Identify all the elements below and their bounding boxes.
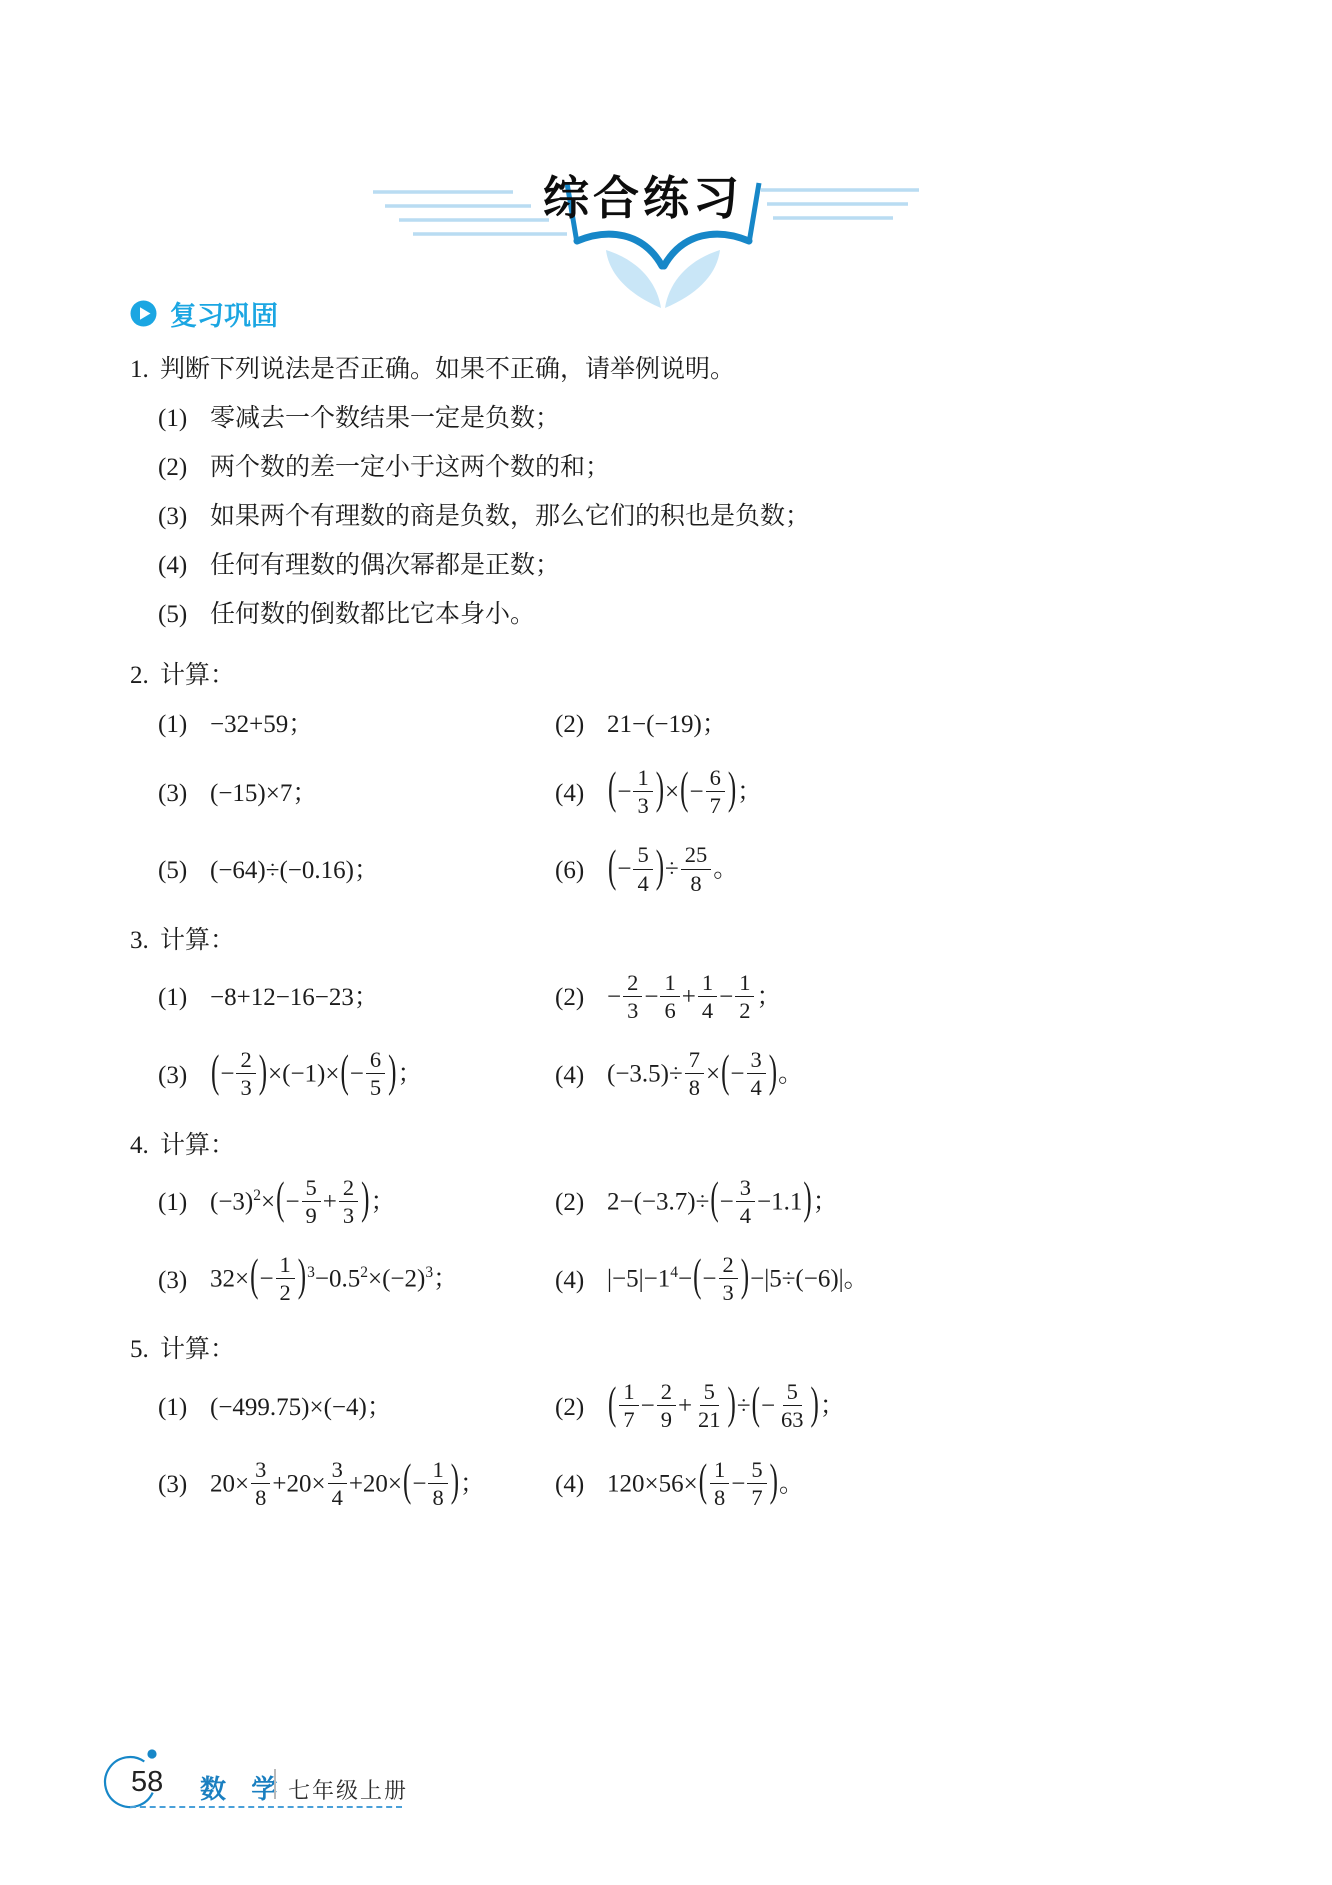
fraction-denominator: 8 — [686, 870, 705, 896]
exercise-item: (3)(−23)×(−1)×(−65)； — [158, 1049, 555, 1102]
item-tag: (3) — [158, 1263, 210, 1299]
big-paren: ( — [709, 1168, 719, 1233]
problem-number: 1. — [130, 351, 160, 389]
exercise-item: (3)32×(−12)3−0.52×(−2)3； — [158, 1254, 555, 1307]
footer-dashed-line — [130, 1806, 402, 1808]
item-expression: (−15)×7； — [210, 776, 317, 812]
big-paren: ( — [607, 836, 617, 901]
fraction: 38 — [251, 1457, 270, 1510]
item-tag: (1) — [158, 1185, 210, 1221]
section-header: 复习巩固 — [130, 294, 1210, 333]
exponent: 3 — [425, 1264, 433, 1281]
exercise-item: (3)(−15)×7； — [158, 776, 555, 812]
item-tag: (5) — [158, 597, 210, 633]
item-tag: (4) — [555, 776, 607, 812]
item-expression: (−54)÷258。 — [607, 844, 738, 897]
big-paren: ) — [387, 1041, 397, 1106]
problem-head: 4.计算： — [130, 1127, 1210, 1165]
item-tag: (5) — [158, 853, 210, 889]
fraction-numerator: 1 — [428, 1457, 447, 1484]
problem: 2.计算：(1)−32+59；(2)21−(−19)；(3)(−15)×7；(4… — [130, 657, 1210, 898]
big-paren: ( — [339, 1041, 349, 1106]
fraction: 67 — [706, 765, 725, 818]
fraction: 59 — [302, 1175, 321, 1228]
fraction-denominator: 4 — [633, 870, 652, 896]
exercise-banner: 综合练习 — [363, 138, 923, 318]
fraction-denominator: 3 — [339, 1202, 358, 1228]
big-paren: ) — [769, 1450, 779, 1515]
main-content: 复习巩固 1.判断下列说法是否正确。如果不正确，请举例说明。(1)零减去一个数结… — [130, 294, 1210, 1512]
fraction-numerator: 3 — [251, 1457, 270, 1484]
problem-title: 判断下列说法是否正确。如果不正确，请举例说明。 — [160, 351, 735, 389]
fraction: 29 — [657, 1379, 676, 1432]
problem-head: 3.计算： — [130, 922, 1210, 960]
item-expression: (−3.5)÷78×(−34)。 — [607, 1049, 803, 1102]
fraction: 12 — [735, 970, 754, 1023]
fraction: 34 — [328, 1457, 347, 1510]
item-tag: (2) — [555, 980, 607, 1016]
fraction: 23 — [719, 1252, 738, 1305]
big-paren: ( — [249, 1245, 259, 1310]
item-expression: −8+12−16−23； — [210, 980, 379, 1016]
big-paren: ( — [402, 1450, 412, 1515]
item-tag: (2) — [555, 1185, 607, 1221]
exercise-item: (2)(17−29+521)÷(−563)； — [555, 1381, 1210, 1434]
fraction: 34 — [736, 1175, 755, 1228]
big-paren: ) — [810, 1373, 820, 1438]
play-icon — [130, 300, 157, 327]
fraction-numerator: 3 — [747, 1047, 766, 1074]
fraction-denominator: 9 — [302, 1202, 321, 1228]
fraction-numerator: 2 — [339, 1175, 358, 1202]
problem-items: (1)−8+12−16−23；(2)−23−16+14−12；(3)(−23)×… — [130, 972, 1210, 1103]
fraction: 78 — [685, 1047, 704, 1100]
exercise-item: (6)(−54)÷258。 — [555, 844, 1210, 897]
big-paren: ( — [607, 1373, 617, 1438]
fraction-numerator: 1 — [619, 1379, 638, 1406]
big-paren: ( — [210, 1041, 220, 1106]
big-paren: ( — [698, 1450, 708, 1515]
exercise-item: (4)120×56×(18−57)。 — [555, 1459, 1210, 1512]
fraction: 23 — [623, 970, 642, 1023]
big-paren: ) — [802, 1168, 812, 1233]
big-paren: ) — [655, 836, 665, 901]
fraction-numerator: 1 — [276, 1252, 295, 1279]
fraction-numerator: 25 — [681, 842, 712, 869]
item-tag: (3) — [158, 1467, 210, 1503]
fraction: 14 — [698, 970, 717, 1023]
fraction-numerator: 1 — [660, 970, 679, 997]
fraction-numerator: 1 — [735, 970, 754, 997]
fraction-numerator: 3 — [736, 1175, 755, 1202]
item-expression: (−23)×(−1)×(−65)； — [210, 1049, 423, 1102]
problem: 4.计算：(1)(−3)2×(−59+23)；(2)2−(−3.7)÷(−34−… — [130, 1127, 1210, 1308]
problem-title: 计算： — [160, 922, 235, 960]
fraction: 23 — [236, 1047, 255, 1100]
fraction-denominator: 8 — [710, 1484, 729, 1510]
big-paren: ) — [768, 1041, 778, 1106]
fraction-numerator: 5 — [783, 1379, 802, 1406]
problem: 3.计算：(1)−8+12−16−23；(2)−23−16+14−12；(3)(… — [130, 922, 1210, 1103]
item-expression: (−499.75)×(−4)； — [210, 1390, 392, 1426]
fraction-denominator: 8 — [251, 1484, 270, 1510]
exercise-item: (4)(−13)×(−67)； — [555, 767, 1210, 820]
fraction-denominator: 3 — [236, 1074, 255, 1100]
fraction-numerator: 2 — [719, 1252, 738, 1279]
fraction-denominator: 2 — [276, 1279, 295, 1305]
fraction-numerator: 1 — [633, 765, 652, 792]
section-label: 复习巩固 — [170, 294, 278, 333]
item-expression: 120×56×(18−57)。 — [607, 1459, 804, 1512]
item-tag: (4) — [555, 1263, 607, 1299]
fraction: 34 — [747, 1047, 766, 1100]
page: 综合练习 复习巩固 1.判断下列说法是否正确。如果不正确，请举例说明。(1)零减… — [0, 0, 1332, 1885]
item-expression: (17−29+521)÷(−563)； — [607, 1381, 845, 1434]
exercise-item: (2)两个数的差一定小于这两个数的和； — [158, 450, 1210, 486]
item-expression: 32×(−12)3−0.52×(−2)3； — [210, 1254, 458, 1307]
problem: 1.判断下列说法是否正确。如果不正确，请举例说明。(1)零减去一个数结果一定是负… — [130, 351, 1210, 633]
page-number: 58 — [131, 1766, 163, 1799]
fraction-numerator: 7 — [685, 1047, 704, 1074]
problem-items: (1)(−3)2×(−59+23)；(2)2−(−3.7)÷(−34−1.1)；… — [130, 1177, 1210, 1308]
fraction: 258 — [681, 842, 712, 895]
fraction-denominator: 4 — [747, 1074, 766, 1100]
item-expression: −32+59； — [210, 707, 313, 743]
exercise-item: (5)任何数的倒数都比它本身小。 — [158, 597, 1210, 633]
item-expression: −23−16+14−12； — [607, 972, 781, 1025]
fraction: 18 — [710, 1457, 729, 1510]
item-tag: (1) — [158, 707, 210, 743]
fraction-denominator: 3 — [633, 792, 652, 818]
fraction-numerator: 5 — [633, 842, 652, 869]
fraction-denominator: 63 — [777, 1406, 808, 1432]
item-expression: 2−(−3.7)÷(−34−1.1)； — [607, 1177, 838, 1230]
exponent: 4 — [670, 1264, 678, 1281]
fraction-denominator: 7 — [619, 1406, 638, 1432]
problem-head: 1.判断下列说法是否正确。如果不正确，请举例说明。 — [130, 351, 1210, 389]
item-tag: (2) — [555, 707, 607, 743]
item-expression: 任何有理数的偶次幂都是正数； — [210, 548, 560, 584]
exercise-item: (1)(−3)2×(−59+23)； — [158, 1177, 555, 1230]
fraction-denominator: 21 — [694, 1406, 725, 1432]
fraction-denominator: 8 — [428, 1484, 447, 1510]
page-title: 综合练习 — [363, 162, 923, 228]
fraction-denominator: 3 — [623, 997, 642, 1023]
fraction-denominator: 4 — [698, 997, 717, 1023]
fraction: 54 — [633, 842, 652, 895]
fraction: 16 — [660, 970, 679, 1023]
exercise-item: (2)21−(−19)； — [555, 707, 1210, 743]
problem-number: 2. — [130, 657, 160, 695]
item-expression: 20×38+20×34+20×(−18)； — [210, 1459, 485, 1512]
fraction-denominator: 6 — [660, 997, 679, 1023]
exercise-item: (1)零减去一个数结果一定是负数； — [158, 401, 1210, 437]
fraction-numerator: 1 — [710, 1457, 729, 1484]
item-tag: (1) — [158, 401, 210, 437]
fraction: 13 — [633, 765, 652, 818]
big-paren: ) — [727, 759, 737, 824]
fraction-numerator: 2 — [623, 970, 642, 997]
item-tag: (4) — [555, 1058, 607, 1094]
fraction-denominator: 8 — [685, 1074, 704, 1100]
fraction-numerator: 3 — [328, 1457, 347, 1484]
fraction-numerator: 2 — [657, 1379, 676, 1406]
fraction-denominator: 7 — [706, 792, 725, 818]
fraction: 65 — [366, 1047, 385, 1100]
exercise-item: (2)2−(−3.7)÷(−34−1.1)； — [555, 1177, 1210, 1230]
item-tag: (3) — [158, 776, 210, 812]
fraction-denominator: 4 — [736, 1202, 755, 1228]
problem-head: 5.计算： — [130, 1331, 1210, 1369]
exercise-item: (4)|−5|−14−(−23)−|5÷(−6)|。 — [555, 1254, 1210, 1307]
exercise-item: (4)(−3.5)÷78×(−34)。 — [555, 1049, 1210, 1102]
fraction: 17 — [619, 1379, 638, 1432]
item-tag: (2) — [158, 450, 210, 486]
exercise-item: (1)−8+12−16−23； — [158, 980, 555, 1016]
big-paren: ) — [450, 1450, 460, 1515]
problem-number: 3. — [130, 922, 160, 960]
big-paren: ) — [740, 1245, 750, 1310]
fraction-numerator: 2 — [236, 1047, 255, 1074]
exercise-item: (1)(−499.75)×(−4)； — [158, 1390, 555, 1426]
fraction-denominator: 2 — [735, 997, 754, 1023]
fraction: 57 — [747, 1457, 766, 1510]
big-paren: ( — [692, 1245, 702, 1310]
big-paren: ) — [258, 1041, 268, 1106]
problem-title: 计算： — [160, 1331, 235, 1369]
exercise-item: (3)如果两个有理数的商是负数，那么它们的积也是负数； — [158, 499, 1210, 535]
item-tag: (3) — [158, 1058, 210, 1094]
item-tag: (2) — [555, 1390, 607, 1426]
big-paren: ( — [679, 759, 689, 824]
item-tag: (6) — [555, 853, 607, 889]
item-expression: 任何数的倒数都比它本身小。 — [210, 597, 535, 633]
problem-title: 计算： — [160, 657, 235, 695]
fraction-denominator: 7 — [747, 1484, 766, 1510]
footer-divider — [274, 1769, 276, 1799]
item-expression: 如果两个有理数的商是负数，那么它们的积也是负数； — [210, 499, 810, 535]
fraction-numerator: 5 — [700, 1379, 719, 1406]
exercise-item: (2)−23−16+14−12； — [555, 972, 1210, 1025]
fraction: 23 — [339, 1175, 358, 1228]
item-expression: |−5|−14−(−23)−|5÷(−6)|。 — [607, 1254, 869, 1307]
fraction-numerator: 6 — [366, 1047, 385, 1074]
exercise-item: (3)20×38+20×34+20×(−18)； — [158, 1459, 555, 1512]
fraction-numerator: 5 — [302, 1175, 321, 1202]
exponent: 2 — [253, 1187, 261, 1204]
problem-items: (1)(−499.75)×(−4)；(2)(17−29+521)÷(−563)；… — [130, 1381, 1210, 1512]
problem-title: 计算： — [160, 1127, 235, 1165]
item-tag: (4) — [158, 548, 210, 584]
big-paren: ( — [751, 1373, 761, 1438]
fraction: 12 — [276, 1252, 295, 1305]
big-paren: ) — [297, 1245, 307, 1310]
fraction-denominator: 3 — [719, 1279, 738, 1305]
fraction-numerator: 5 — [747, 1457, 766, 1484]
fraction-denominator: 9 — [657, 1406, 676, 1432]
big-paren: ) — [727, 1373, 737, 1438]
item-tag: (1) — [158, 1390, 210, 1426]
problem-head: 2.计算： — [130, 657, 1210, 695]
problem-items: (1)−32+59；(2)21−(−19)；(3)(−15)×7；(4)(−13… — [130, 707, 1210, 898]
problem-items: (1)零减去一个数结果一定是负数；(2)两个数的差一定小于这两个数的和；(3)如… — [130, 401, 1210, 633]
big-paren: ) — [360, 1168, 370, 1233]
exercise-item: (1)−32+59； — [158, 707, 555, 743]
item-expression: (−3)2×(−59+23)； — [210, 1177, 396, 1230]
exercise-item: (4)任何有理数的偶次幂都是正数； — [158, 548, 1210, 584]
exercise-item: (5)(−64)÷(−0.16)； — [158, 853, 555, 889]
problem-list: 1.判断下列说法是否正确。如果不正确，请举例说明。(1)零减去一个数结果一定是负… — [130, 351, 1210, 1512]
problem: 5.计算：(1)(−499.75)×(−4)；(2)(17−29+521)÷(−… — [130, 1331, 1210, 1512]
big-paren: ( — [720, 1041, 730, 1106]
problem-number: 5. — [130, 1331, 160, 1369]
item-expression: 21−(−19)； — [607, 707, 727, 743]
exponent: 3 — [307, 1264, 315, 1281]
big-paren: ( — [275, 1168, 285, 1233]
exponent: 2 — [360, 1264, 368, 1281]
fraction-numerator: 6 — [706, 765, 725, 792]
big-paren: ) — [655, 759, 665, 824]
fraction: 563 — [777, 1379, 808, 1432]
page-footer: 58 数 学 七年级上册 — [98, 1738, 528, 1818]
fraction-denominator: 4 — [328, 1484, 347, 1510]
fraction-numerator: 1 — [698, 970, 717, 997]
item-tag: (4) — [555, 1467, 607, 1503]
edition-label: 七年级上册 — [288, 1774, 408, 1805]
item-expression: (−64)÷(−0.16)； — [210, 853, 379, 889]
problem-number: 4. — [130, 1127, 160, 1165]
item-tag: (1) — [158, 980, 210, 1016]
item-expression: 零减去一个数结果一定是负数； — [210, 401, 560, 437]
fraction: 18 — [428, 1457, 447, 1510]
item-expression: 两个数的差一定小于这两个数的和； — [210, 450, 610, 486]
fraction: 521 — [694, 1379, 725, 1432]
big-paren: ( — [607, 759, 617, 824]
item-tag: (3) — [158, 499, 210, 535]
fraction-denominator: 5 — [366, 1074, 385, 1100]
item-expression: (−13)×(−67)； — [607, 767, 762, 820]
